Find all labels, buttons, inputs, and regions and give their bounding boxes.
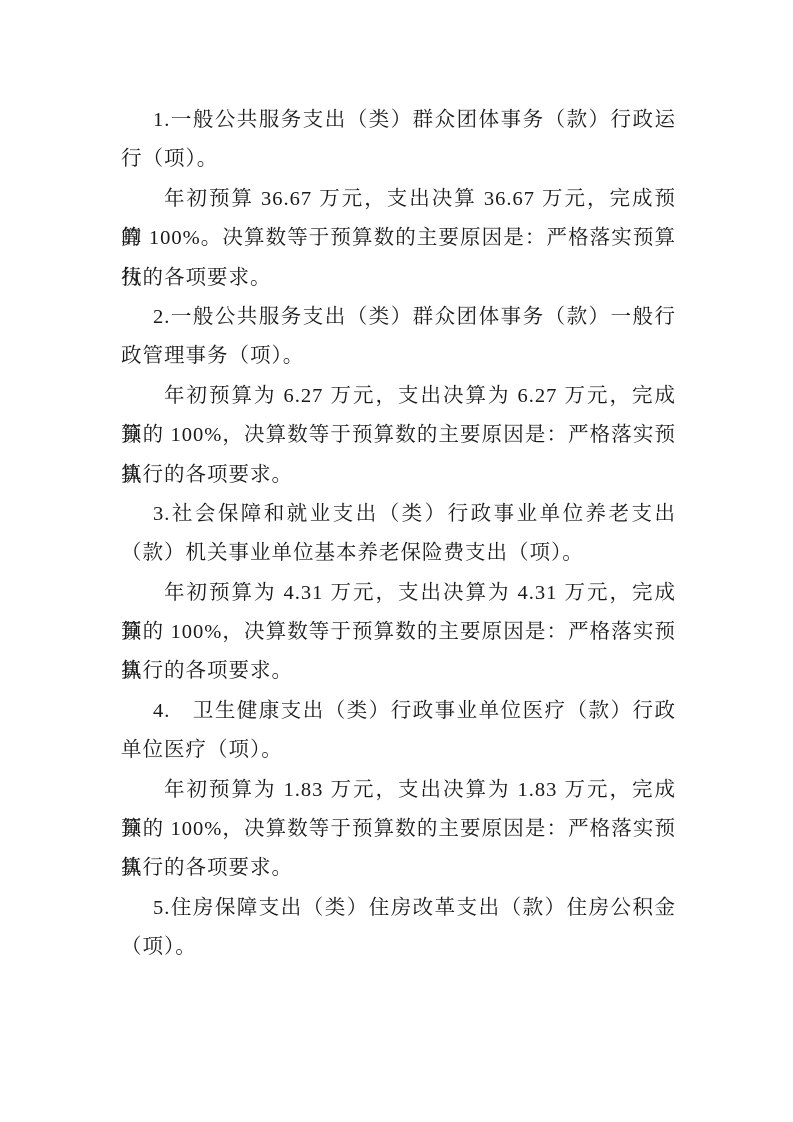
section-1-heading-line-2: 行（项）。	[121, 140, 676, 179]
section-4-heading-line-1: 4. 卫生健康支出（类）行政事业单位医疗（款）行政	[121, 692, 676, 731]
section-2-heading-line-1: 2.一般公共服务支出（类）群众团体事务（款）一般行	[121, 298, 676, 337]
section-3-heading-line-2: （款）机关事业单位基本养老保险费支出（项）。	[121, 534, 676, 573]
section-1-heading-line-1: 1.一般公共服务支出（类）群众团体事务（款）行政运	[121, 101, 676, 140]
section-2-body-line-3: 执行的各项要求。	[121, 456, 676, 495]
expense-section-1: 1.一般公共服务支出（类）群众团体事务（款）行政运 行（项）。 年初预算 36.…	[121, 101, 676, 298]
expense-section-4: 4. 卫生健康支出（类）行政事业单位医疗（款）行政 单位医疗（项）。 年初预算为…	[121, 692, 676, 889]
section-3-body-line-2: 算的 100%，决算数等于预算数的主要原因是：严格落实预算	[121, 613, 676, 652]
expense-section-5: 5.住房保障支出（类）住房改革支出（款）住房公积金 （项）。	[121, 889, 676, 968]
expense-section-2: 2.一般公共服务支出（类）群众团体事务（款）一般行 政管理事务（项）。 年初预算…	[121, 298, 676, 495]
section-3-body-line-1: 年初预算为 4.31 万元，支出决算为 4.31 万元，完成预	[121, 574, 676, 613]
page-content: 1.一般公共服务支出（类）群众团体事务（款）行政运 行（项）。 年初预算 36.…	[121, 101, 676, 968]
section-3-body-line-3: 执行的各项要求。	[121, 652, 676, 691]
section-3-heading-line-1: 3.社会保障和就业支出（类）行政事业单位养老支出	[121, 495, 676, 534]
section-4-body-line-1: 年初预算为 1.83 万元，支出决算为 1.83 万元，完成预	[121, 771, 676, 810]
expense-section-3: 3.社会保障和就业支出（类）行政事业单位养老支出 （款）机关事业单位基本养老保险…	[121, 495, 676, 692]
section-2-body-line-2: 算的 100%，决算数等于预算数的主要原因是：严格落实预算	[121, 416, 676, 455]
section-2-body-line-1: 年初预算为 6.27 万元，支出决算为 6.27 万元，完成预	[121, 377, 676, 416]
section-1-body-line-1: 年初预算 36.67 万元，支出决算 36.67 万元，完成预算	[121, 180, 676, 219]
section-4-heading-line-2: 单位医疗（项）。	[121, 731, 676, 770]
section-5-heading-line-1: 5.住房保障支出（类）住房改革支出（款）住房公积金	[121, 889, 676, 928]
document-page: 1.一般公共服务支出（类）群众团体事务（款）行政运 行（项）。 年初预算 36.…	[0, 0, 793, 1122]
section-4-body-line-2: 算的 100%，决算数等于预算数的主要原因是：严格落实预算	[121, 810, 676, 849]
section-1-body-line-3: 行的各项要求。	[121, 259, 676, 298]
section-5-heading-line-2: （项）。	[121, 928, 676, 967]
section-1-body-line-2: 的 100%。决算数等于预算数的主要原因是：严格落实预算执	[121, 219, 676, 258]
section-2-heading-line-2: 政管理事务（项）。	[121, 337, 676, 376]
section-4-body-line-3: 执行的各项要求。	[121, 849, 676, 888]
